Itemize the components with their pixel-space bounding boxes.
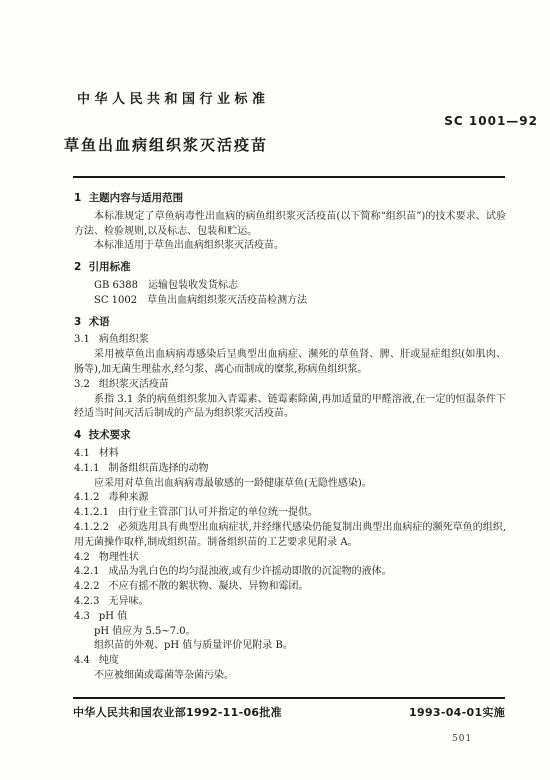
paragraph-line: 本标准规定了草鱼病毒性出血病的病鱼组织浆灭活疫苗(以下简称“组织苗”)的技术要求… [74,210,506,240]
page-number: 501 [452,734,472,744]
clause-text: 组织浆灭活疫苗 [99,379,169,390]
clause-number: 4.4 [74,655,90,666]
clause-line: 4.3pH 值 [74,610,506,625]
clause-number: 4.3 [74,611,90,622]
document-title: 草鱼出血病组织浆灭活疫苗 [64,134,550,155]
clause-text: 不应被细菌或霉菌等杂菌污染。 [94,670,234,681]
clause-number: 4.1.1 [74,463,99,474]
clause-text: 技术要求 [89,429,131,441]
clause-number: GB 6388 [94,280,138,291]
clause-text: 术语 [89,316,110,328]
header-rule [73,176,505,178]
document-footer: 中华人民共和国农业部1992-11-06批准 1993-04-01实施 [73,697,505,720]
section-heading: 3术语 [74,315,506,330]
section-heading: 4技术要求 [74,428,506,443]
clause-text: 制备组织苗选择的动物 [108,463,208,474]
clause-number: 3.2 [74,379,90,390]
clause-number: 3.1 [74,334,90,345]
paragraph-line: 本标准适用于草鱼出血病组织浆灭活疫苗。 [74,239,506,254]
clause-text: pH 值 [99,611,127,622]
clause-number: 4.2.2 [74,581,99,592]
clause-text: pH 值应为 5.5~7.0。 [94,626,196,637]
clause-text: 主题内容与适用范围 [89,192,184,204]
standard-kicker: 中华人民共和国行业标准 [77,88,550,107]
clause-text: 材料 [99,448,119,459]
clause-line: 4.2.2不应有摇不散的絮状物、凝块、异物和霉团。 [74,580,506,595]
clause-text: 应采用对草鱼出血病病毒最敏感的一龄健康草鱼(无隐性感染)。 [94,478,372,489]
clause-text: 运输包装收发货标志 [148,280,238,291]
clause-text: 由行业主管部门认可并指定的单位统一提供。 [118,507,318,518]
paragraph-line: 不应被细菌或霉菌等杂菌污染。 [74,669,506,684]
clause-number: 4.1 [74,448,90,459]
clause-text: 系指 3.1 条的病鱼组织浆加入青霉素、链霉素除菌,再加适量的甲醛溶液,在一定的… [74,394,506,420]
paragraph-line: pH 值应为 5.5~7.0。 [74,625,506,640]
paragraph-line: 组织苗的外观、pH 值与质量评价见附录 B。 [74,639,506,654]
clause-text: 草鱼出血病组织浆灭活疫苗检测方法 [147,295,307,306]
clause-number: 3 [74,316,81,328]
clause-number: 4.2.1 [74,566,99,577]
clause-text: 无异味。 [108,596,148,607]
document-body: 1主题内容与适用范围 本标准规定了草鱼病毒性出血病的病鱼组织浆灭活疫苗(以下简称… [74,191,506,684]
clause-text: 采用被草鱼出血病病毒感染后呈典型出血病症、濒死的草鱼肾、脾、肝或显症组织(如肌肉… [74,349,506,375]
paragraph-line: 系指 3.1 条的病鱼组织浆加入青霉素、链霉素除菌,再加适量的甲醛溶液,在一定的… [74,393,506,423]
clause-number: 4.1.2.1 [74,507,109,518]
implementation-note: 1993-04-01实施 [409,704,505,720]
clause-number: 4 [74,429,81,441]
clause-line: 4.1.2.1由行业主管部门认可并指定的单位统一提供。 [74,506,506,521]
clause-line: 4.1.2毒种来源 [74,491,506,506]
approval-note: 中华人民共和国农业部1992-11-06批准 [73,704,282,720]
document-page: 中华人民共和国行业标准 SC 1001—92 草鱼出血病组织浆灭活疫苗 1主题内… [0,0,550,780]
clause-text: 病鱼组织浆 [99,334,149,345]
clause-text: 毒种来源 [108,492,148,503]
clause-line: 3.2组织浆灭活疫苗 [74,378,506,393]
clause-number: 1 [74,192,81,204]
clause-line: 4.1.2.2必须选用具有典型出血病症状,并经继代感染仍能复制出典型出血病症的濒… [74,521,506,551]
reference-item: SC 1002草鱼出血病组织浆灭活疫苗检测方法 [94,294,506,309]
standard-number: SC 1001—92 [0,114,550,128]
reference-item: GB 6388运输包装收发货标志 [94,279,506,294]
paragraph-line: 采用被草鱼出血病病毒感染后呈典型出血病症、濒死的草鱼肾、脾、肝或显症组织(如肌肉… [74,348,506,378]
document-header: 中华人民共和国行业标准 SC 1001—92 草鱼出血病组织浆灭活疫苗 [0,0,550,155]
clause-text: 纯度 [99,655,119,666]
clause-number: 4.1.2 [74,492,99,503]
clause-text: 本标准适用于草鱼出血病组织浆灭活疫苗。 [94,240,284,251]
clause-line: 4.1材料 [74,447,506,462]
clause-line: 4.1.1制备组织苗选择的动物 [74,462,506,477]
section-heading: 2引用标准 [74,260,506,275]
clause-line: 4.4纯度 [74,654,506,669]
section-heading: 1主题内容与适用范围 [74,191,506,206]
clause-text: 必须选用具有典型出血病症状,并经继代感染仍能复制出典型出血病症的濒死草鱼的组织,… [74,522,506,548]
clause-text: 不应有摇不散的絮状物、凝块、异物和霉团。 [108,581,308,592]
clause-number: 2 [74,261,81,273]
clause-text: 物理性状 [99,552,139,563]
clause-line: 4.2.3无异味。 [74,595,506,610]
clause-text: 组织苗的外观、pH 值与质量评价见附录 B。 [94,640,293,651]
clause-text: 成品为乳白色的均匀混浊液,或有少许摇动即散的沉淀物的液体。 [108,566,391,577]
clause-text: 本标准规定了草鱼病毒性出血病的病鱼组织浆灭活疫苗(以下简称“组织苗”)的技术要求… [74,211,506,237]
clause-number: 4.2 [74,552,90,563]
clause-line: 4.2物理性状 [74,551,506,566]
clause-number: 4.2.3 [74,596,99,607]
clause-number: SC 1002 [94,295,137,306]
clause-line: 4.2.1成品为乳白色的均匀混浊液,或有少许摇动即散的沉淀物的液体。 [74,565,506,580]
clause-number: 4.1.2.2 [74,522,109,533]
paragraph-line: 应采用对草鱼出血病病毒最敏感的一龄健康草鱼(无隐性感染)。 [74,477,506,492]
clause-text: 引用标准 [89,261,131,273]
clause-line: 3.1病鱼组织浆 [74,333,506,348]
